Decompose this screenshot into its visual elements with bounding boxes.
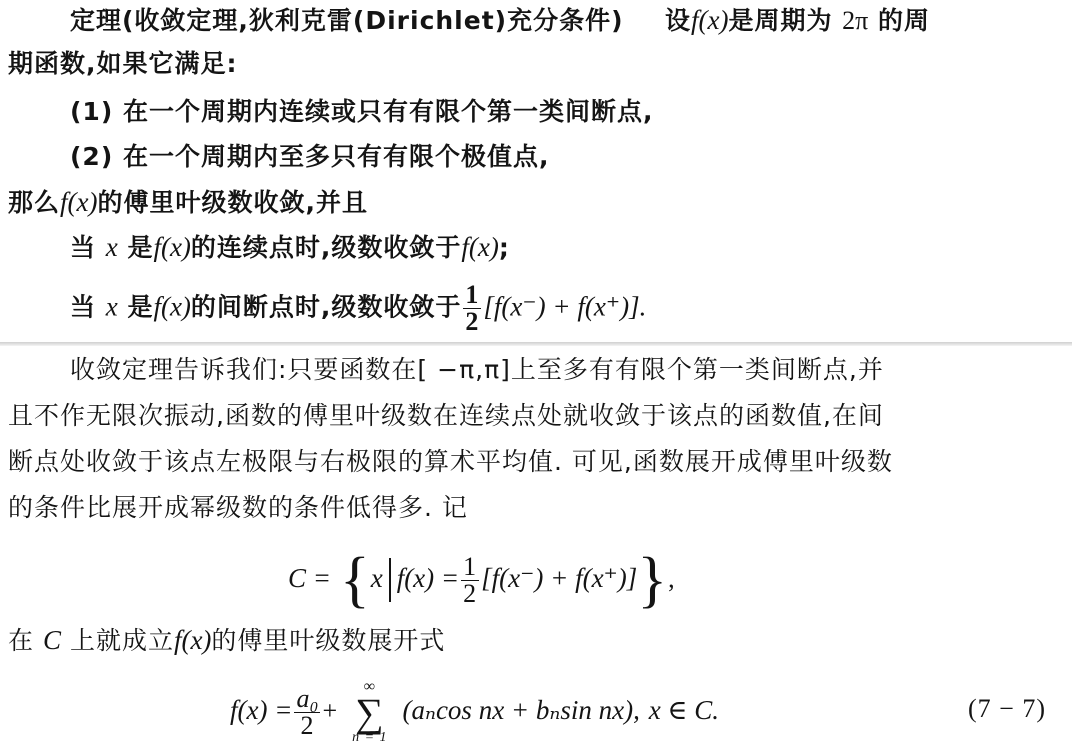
- fraction-half: 12: [463, 282, 481, 335]
- right-brace: }: [637, 546, 668, 614]
- paragraph-line-4: 的条件比展开成幂级数的条件低得多. 记: [8, 492, 468, 524]
- condition-2: (2) 在一个周期内至多只有有限个极值点,: [70, 141, 549, 173]
- paragraph-line-3: 断点处收敛于该点左极限与右极限的算术平均值. 可见,函数展开成傅里叶级数: [8, 446, 893, 478]
- set-c-definition: C = {xf(x) =12[f(x⁻) + f(x⁺)]},: [288, 548, 675, 609]
- fraction-half: 12: [461, 554, 479, 607]
- vertical-bar: [389, 558, 391, 602]
- equation-label: (7 − 7): [968, 693, 1046, 725]
- summation-sign: ∞∑n = 1: [352, 679, 387, 745]
- fraction-a0-over-2: a₀2: [294, 686, 320, 739]
- case-continuous: 当 x 是f(x)的连续点时,级数收敛于f(x);: [70, 231, 510, 264]
- paragraph-line-1: 收敛定理告诉我们:只要函数在[ −π,π]上至多有有限个第一类间断点,并: [70, 354, 884, 386]
- fourier-formula: f(x) =a₀2+ ∞∑n = 1 (aₙcos nx + bₙsin nx)…: [230, 672, 719, 749]
- page-divider: [0, 342, 1072, 346]
- theorem-line-1: 定理(收敛定理,狄利克雷(Dirichlet)充分条件) 设f(x)是周期为 2…: [70, 4, 930, 37]
- paragraph-line-2: 且不作无限次振动,函数的傅里叶级数在连续点处就收敛于该点的函数值,在间: [8, 400, 884, 432]
- theorem-line-2: 期函数,如果它满足:: [8, 48, 238, 80]
- paragraph-line-5: 在 C 上就成立f(x)的傅里叶级数展开式: [8, 624, 445, 657]
- left-brace: {: [340, 546, 371, 614]
- case-discontinuous: 当 x 是f(x)的间断点时,级数收敛于12[f(x⁻) + f(x⁺)].: [70, 282, 646, 335]
- math-period: 2π: [842, 6, 868, 35]
- math-fx: f(x): [691, 5, 728, 35]
- theorem-heading: 定理(收敛定理,狄利克雷(Dirichlet)充分条件): [70, 6, 624, 35]
- condition-1: (1) 在一个周期内连续或只有有限个第一类间断点,: [70, 96, 653, 128]
- theorem-conclusion: 那么f(x)的傅里叶级数收敛,并且: [8, 186, 368, 219]
